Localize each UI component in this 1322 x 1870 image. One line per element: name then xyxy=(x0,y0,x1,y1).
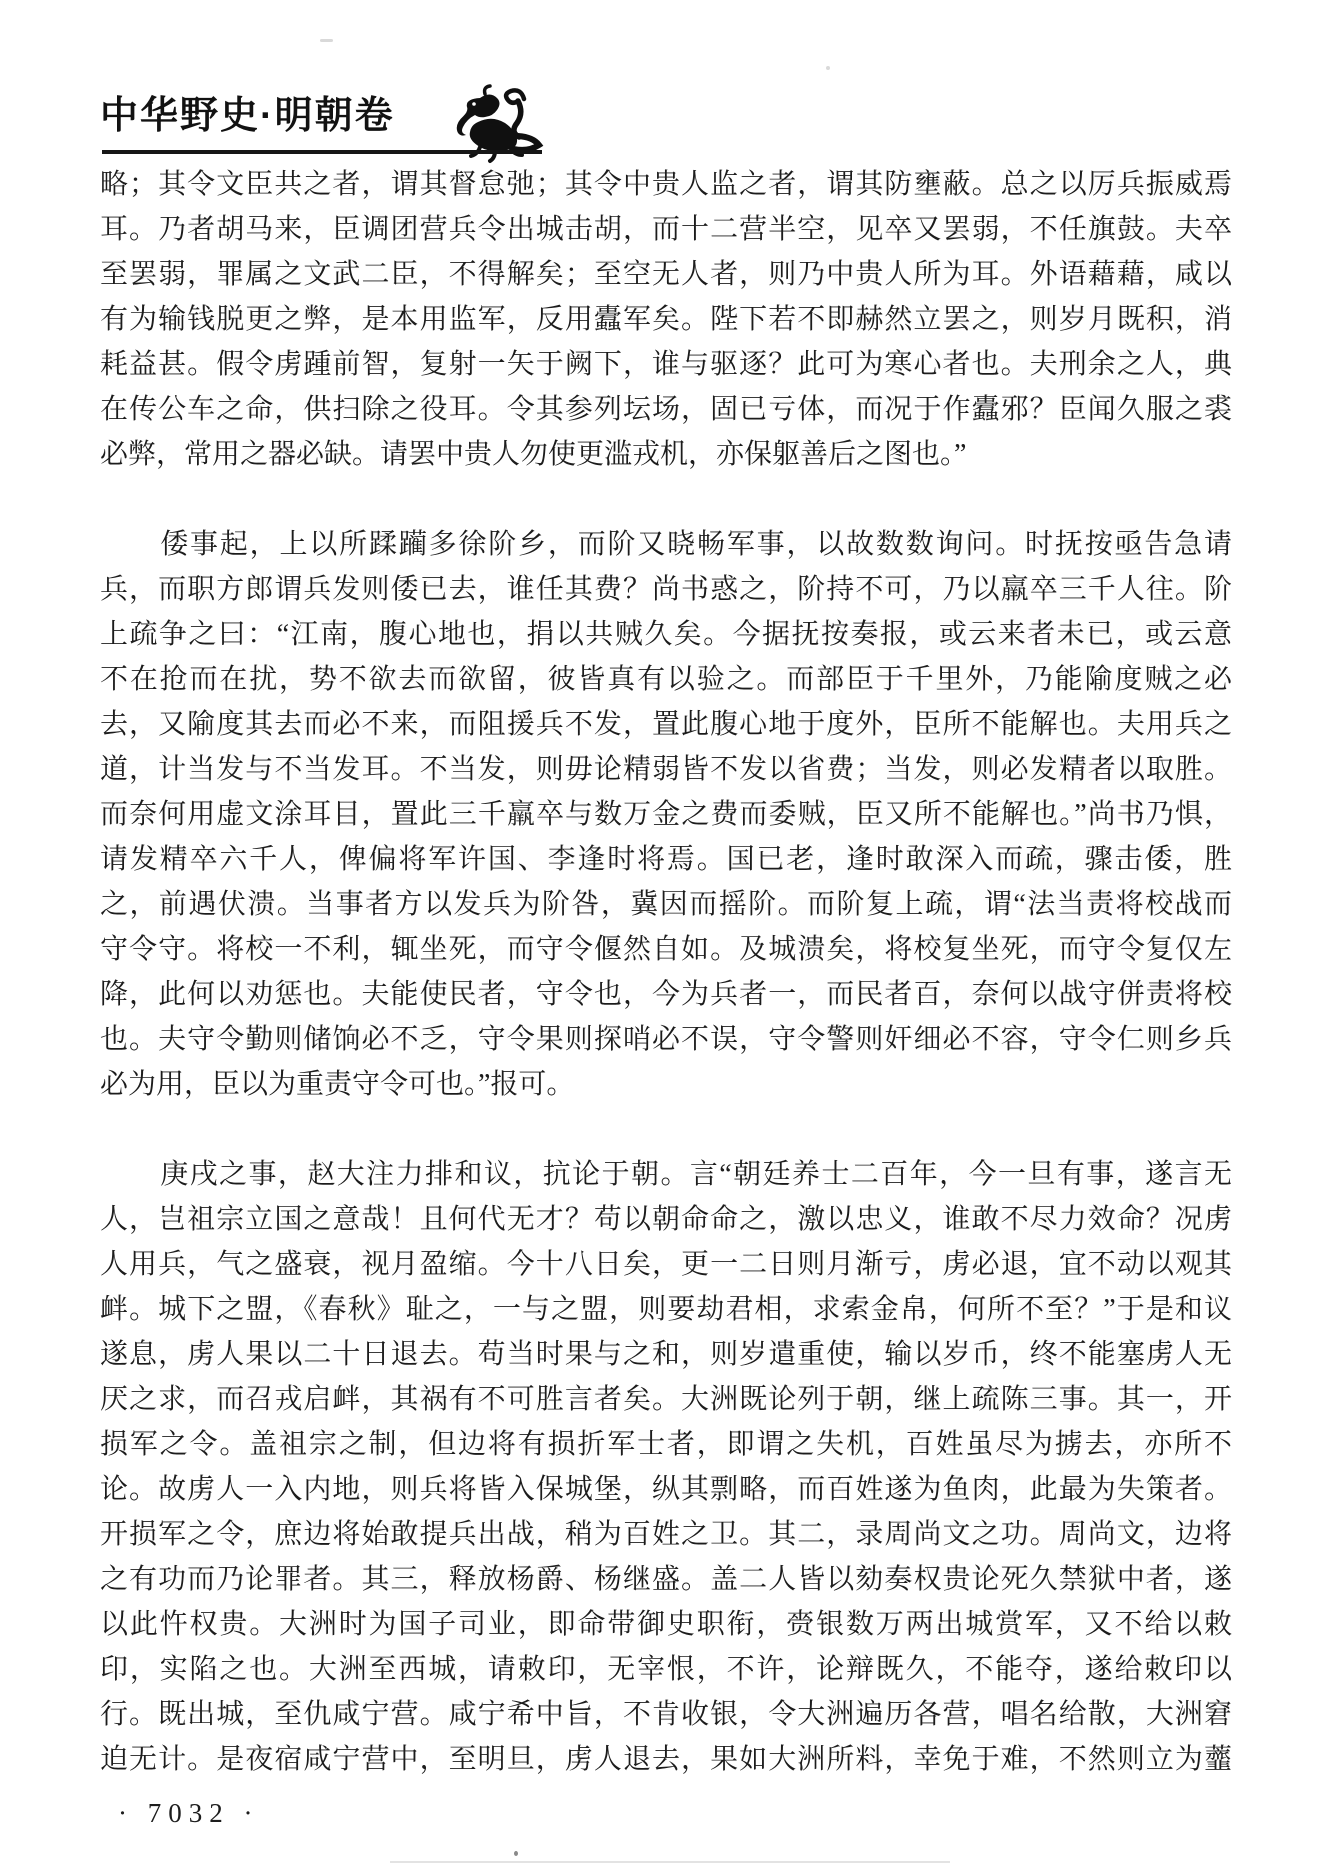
text-line: 以此忤权贵。大洲时为国子司业，即命带御史职衔，赍银数万两出城赏军，又不给以敕 xyxy=(100,1602,1232,1647)
text-line: 去，又隃度其去而必不来，而阻援兵不发，置此腹心地于度外，臣所不能解也。夫用兵之 xyxy=(100,702,1232,747)
text-line: 之，前遇伏溃。当事者方以发兵为阶咎，冀因而摇阶。而阶复上疏，谓“法当责将校战而 xyxy=(100,882,1232,927)
text-line: 厌之求，而召戎启衅，其祸有不可胜言者矣。大洲既论列于朝，继上疏陈三事。其一，开 xyxy=(100,1377,1232,1422)
scan-speck xyxy=(826,66,830,70)
text-line: 损军之令。盖祖宗之制，但边将有损折军士者，即谓之失机，百姓虽尽为掳去，亦所不 xyxy=(100,1422,1232,1467)
text-line: 不在抢而在扰，势不欲去而欲留，彼皆真有以验之。而部臣于千里外，乃能隃度贼之必 xyxy=(100,657,1232,702)
text-line: 守令守。将校一不利，辄坐死，而守令偃然自如。及城溃矣，将校复坐死，而守令复仅左 xyxy=(100,927,1232,972)
paragraph: 略；其令文臣共之者，谓其督怠弛；其令中贵人监之者，谓其防壅蔽。总之以厉兵振威焉耳… xyxy=(100,162,1232,477)
text-line: 耳。乃者胡马来，臣调团营兵令出城击胡，而十二营半空，见卒又罢弱，不任旗鼓。夫卒 xyxy=(100,207,1232,252)
page-number: · 7032 · xyxy=(118,1798,259,1829)
book-page: 中华野史·明朝卷 略；其令文臣共之者，谓其督怠弛；其令中贵人监之者，谓其防壅蔽。… xyxy=(0,0,1322,1870)
text-line: 略；其令文臣共之者，谓其督怠弛；其令中贵人监之者，谓其防壅蔽。总之以厉兵振威焉 xyxy=(100,162,1232,207)
text-line: 开损军之令，庶边将始敢提兵出战，稍为百姓之卫。其二，录周尚文之功。周尚文，边将 xyxy=(100,1512,1232,1557)
text-line: 行。既出城，至仇咸宁营。咸宁希中旨，不肯收银，令大洲遍历各营，唱名给散，大洲窘 xyxy=(100,1692,1232,1737)
text-line: 庚戌之事，赵大注力排和议，抗论于朝。言“朝廷养士二百年，今一旦有事，遂言无 xyxy=(100,1152,1232,1197)
text-line: 至罢弱，罪属之文武二臣，不得解矣；至空无人者，则乃中贵人所为耳。外语藉藉，咸以 xyxy=(100,252,1232,297)
text-line: 人，岂祖宗立国之意哉！且何代无才？苟以朝命命之，激以忠义，谁敢不尽力效命？况虏 xyxy=(100,1197,1232,1242)
text-line: 衅。城下之盟，《春秋》耻之，一与之盟，则要劫君相，求索金帛，何所不至？”于是和议 xyxy=(100,1287,1232,1332)
paragraph: 倭事起，上以所蹂躏多徐阶乡，而阶又晓畅军事，以故数数询问。时抚按亟告急请兵，而职… xyxy=(100,522,1232,1107)
text-line: 必弊，常用之器必缺。请罢中贵人勿使更滥戎机，亦保躯善后之图也。” xyxy=(100,432,1232,477)
text-line: 而奈何用虚文涂耳目，置此三千羸卒与数万金之费而委贼，臣又所不能解也。”尚书乃惧， xyxy=(100,792,1232,837)
paragraph: 庚戌之事，赵大注力排和议，抗论于朝。言“朝廷养士二百年，今一旦有事，遂言无人，岂… xyxy=(100,1152,1232,1782)
text-line: 有为输钱脱更之弊，是本用监军，反用蠹军矣。陛下若不即赫然立罢之，则岁月既积，消 xyxy=(100,297,1232,342)
text-line: 在传公车之命，供扫除之役耳。令其参列坛场，固已亏体，而况于作蠹邪？臣闻久服之裘 xyxy=(100,387,1232,432)
header-rule xyxy=(102,150,542,154)
scan-artifact-line xyxy=(390,1861,950,1863)
text-line: 印，实陷之也。大洲至西城，请敕印，无宰恨，不许，论辩既久，不能夺，遂给敕印以 xyxy=(100,1647,1232,1692)
text-line: 上疏争之曰：“江南，腹心地也，捐以共贼久矣。今据抚按奏报，或云来者未已，或云意 xyxy=(100,612,1232,657)
text-line: 倭事起，上以所蹂躏多徐阶乡，而阶又晓畅军事，以故数数询问。时抚按亟告急请 xyxy=(100,522,1232,567)
scan-speck xyxy=(514,1851,518,1856)
page-header-title: 中华野史·明朝卷 xyxy=(100,92,395,140)
text-line: 之有功而乃论罪者。其三，释放杨爵、杨继盛。盖二人皆以劾奏权贵论死久禁狱中者，遂 xyxy=(100,1557,1232,1602)
text-line: 遂息，虏人果以二十日退去。苟当时果与之和，则岁遣重使，输以岁币，终不能塞虏人无 xyxy=(100,1332,1232,1377)
text-line: 必为用，臣以为重责守令可也。”报可。 xyxy=(100,1062,1232,1107)
text-line: 请发精卒六千人，俾偏将军许国、李逢时将焉。国已老，逢时敢深入而疏，骤击倭，胜 xyxy=(100,837,1232,882)
text-line: 兵，而职方郎谓兵发则倭已去，谁任其费？尚书惑之，阶持不可，乃以羸卒三千人往。阶 xyxy=(100,567,1232,612)
body-text: 略；其令文臣共之者，谓其督怠弛；其令中贵人监之者，谓其防壅蔽。总之以厉兵振威焉耳… xyxy=(100,162,1232,1782)
text-line: 人用兵，气之盛衰，视月盈缩。今十八日矣，更一二日则月渐亏，虏必退，宜不动以观其 xyxy=(100,1242,1232,1287)
text-line: 迫无计。是夜宿咸宁营中，至明旦，虏人退去，果如大洲所料，幸免于难，不然则立为虀 xyxy=(100,1737,1232,1782)
text-line: 论。故虏人一入内地，则兵将皆入保城堡，纵其剽略，而百姓遂为鱼肉，此最为失策者。 xyxy=(100,1467,1232,1512)
text-line: 耗益甚。假令虏踵前智，复射一矢于阙下，谁与驱逐？此可为寒心者也。夫刑余之人，典 xyxy=(100,342,1232,387)
text-line: 也。夫守令勤则储饷必不乏，守令果则探哨必不误，守令警则奸细必不容，守令仁则乡兵 xyxy=(100,1017,1232,1062)
text-line: 降，此何以劝惩也。夫能使民者，守令也，今为兵者一，而民者百，奈何以战守併责将校 xyxy=(100,972,1232,1017)
text-line: 道，计当发与不当发耳。不当发，则毋论精弱皆不发以省费；当发，则必发精者以取胜。 xyxy=(100,747,1232,792)
scan-speck xyxy=(320,39,333,42)
